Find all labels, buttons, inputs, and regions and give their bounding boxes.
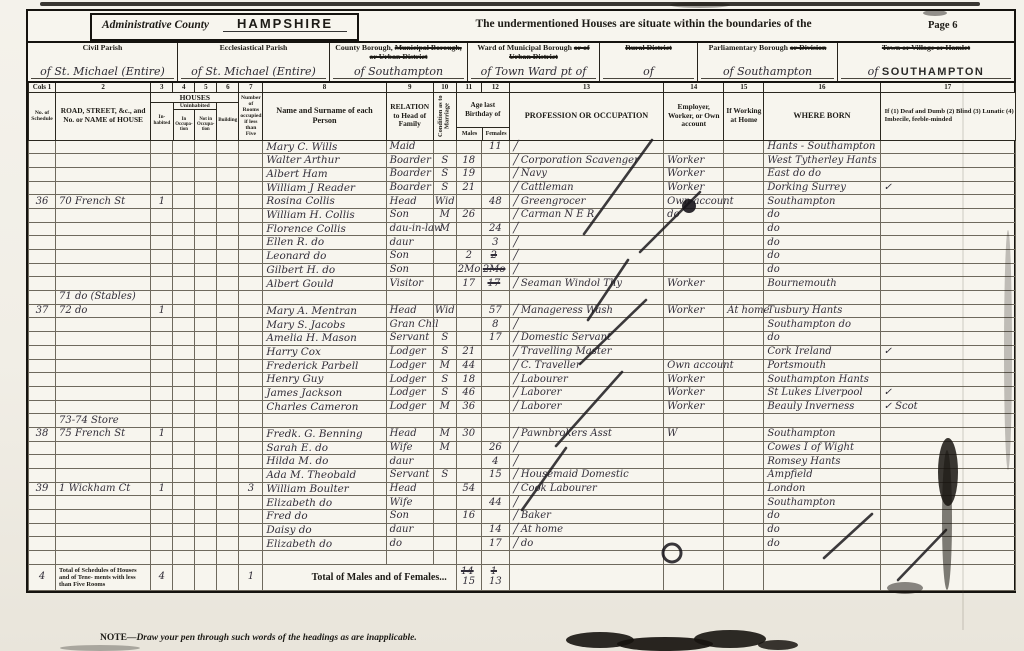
cell-road <box>56 140 151 154</box>
cell-rooms <box>239 414 263 428</box>
cell-emp <box>664 414 724 428</box>
cell-sched <box>29 551 56 565</box>
cell-rooms <box>239 181 263 195</box>
cell-occ: ╱ <box>509 263 663 277</box>
enumerator-tick: ╱ <box>513 264 519 275</box>
cell-home <box>724 250 764 264</box>
table-row: Walter ArthurBoarderS18╱Corporation Scav… <box>29 154 1016 168</box>
cell-home <box>724 236 764 250</box>
cell-rel: Boarder <box>386 167 433 181</box>
cell-uno <box>195 414 217 428</box>
cell-occ <box>509 551 663 565</box>
cell-inf <box>880 318 1015 332</box>
cell-af: 17 <box>481 332 509 346</box>
cell-inf <box>880 537 1015 551</box>
col-header-not-in-occupation: Not in Occupa-tion <box>195 110 216 140</box>
cell-bld <box>217 181 239 195</box>
col-header-at-home: If Working at Home <box>724 92 764 140</box>
cell-road <box>56 345 151 359</box>
cell-bld <box>217 386 239 400</box>
cell-bld <box>217 551 239 565</box>
cell-home <box>724 373 764 387</box>
enumerator-tick: ╱ <box>513 237 519 248</box>
cell-home <box>724 414 764 428</box>
cell-uno <box>195 318 217 332</box>
town-village-cell: Town or Village or Hamlet of SOUTHAMPTON <box>838 43 1014 81</box>
cell-sched <box>29 510 56 524</box>
cell-inf <box>880 263 1015 277</box>
cell-am <box>456 140 481 154</box>
cell-name: Elizabeth do <box>263 537 386 551</box>
cell-home <box>724 277 764 291</box>
cell-name: James Jackson <box>263 386 386 400</box>
cell-emp <box>664 551 724 565</box>
cell-uo <box>173 181 195 195</box>
cell-uo <box>173 154 195 168</box>
cell-born: Bournemouth <box>764 277 880 291</box>
cell-rel <box>386 291 433 305</box>
cell-uo <box>173 510 195 524</box>
cell-af <box>481 482 509 496</box>
cell-name: Hilda M. do <box>263 455 386 469</box>
cell-emp: Own account <box>664 195 724 209</box>
totals-empty <box>664 564 724 590</box>
column-headers-row: No. of Schedule ROAD, STREET, &c., and N… <box>29 92 1016 140</box>
cell-af <box>481 373 509 387</box>
col-header-females: Females <box>483 128 509 140</box>
enumerator-tick: ╱ <box>513 319 519 330</box>
enumerator-tick: ╱ <box>513 168 519 179</box>
cell-uo <box>173 250 195 264</box>
cell-born: Southampton <box>764 195 880 209</box>
cell-rooms <box>239 277 263 291</box>
cell-uno <box>195 523 217 537</box>
cell-uno <box>195 181 217 195</box>
table-row: Sarah E. doWifeM26╱Cowes I of Wight <box>29 441 1016 455</box>
cell-occ: ╱do <box>509 537 663 551</box>
cell-cond: S <box>433 386 456 400</box>
civil-parish-label: Civil Parish <box>31 44 174 53</box>
cell-rooms: 3 <box>239 482 263 496</box>
cell-uo <box>173 359 195 373</box>
administrative-county-label: Administrative County <box>102 19 209 31</box>
cell-rooms <box>239 140 263 154</box>
cell-occ: ╱Laborer <box>509 386 663 400</box>
cell-cond <box>433 496 456 510</box>
cell-sched <box>29 250 56 264</box>
table-row: Leonard doSon22╱do <box>29 250 1016 264</box>
cell-uo <box>173 222 195 236</box>
cell-inf <box>880 304 1015 318</box>
cell-uno <box>195 222 217 236</box>
administrative-county-value: HAMPSHIRE <box>223 16 347 32</box>
enumerator-tick: ╱ <box>513 428 519 439</box>
cell-rel <box>386 414 433 428</box>
district-band: Civil Parish of St. Michael (Entire) Ecc… <box>28 41 1014 81</box>
cell-am <box>456 304 481 318</box>
cell-name: Henry Guy <box>263 373 386 387</box>
cell-road <box>56 167 151 181</box>
cell-uo <box>173 140 195 154</box>
cell-occ: ╱Pawnbrokers Asst <box>509 427 663 441</box>
cell-born: Cowes I of Wight <box>764 441 880 455</box>
enumerator-tick: ╱ <box>513 510 519 521</box>
cell-am <box>456 291 481 305</box>
cell-inf <box>880 427 1015 441</box>
cell-rooms <box>239 441 263 455</box>
totals-label: Total of Schedules of Houses and of Tene… <box>56 564 151 590</box>
cell-road <box>56 250 151 264</box>
cell-uno <box>195 154 217 168</box>
cell-am: 19 <box>456 167 481 181</box>
cell-emp <box>664 318 724 332</box>
table-row: Harry CoxLodgerS21╱Travelling MasterCork… <box>29 345 1016 359</box>
cell-af: 4 <box>481 455 509 469</box>
civil-parish-value: of St. Michael (Entire) <box>31 66 174 79</box>
cell-cond: S <box>433 181 456 195</box>
cell-born: East do do <box>764 167 880 181</box>
cell-inh <box>151 455 173 469</box>
enumerator-tick: ╱ <box>513 401 519 412</box>
enumerator-tick: ╱ <box>513 209 519 220</box>
cell-inf <box>880 140 1015 154</box>
table-row: Ellen R. dodaur3╱do <box>29 236 1016 250</box>
census-form: Administrative County HAMPSHIRE The unde… <box>26 9 1016 593</box>
cell-sched <box>29 181 56 195</box>
cell-born: do <box>764 537 880 551</box>
cell-name: Mary C. Wills <box>263 140 386 154</box>
cell-born: Dorking Surrey <box>764 181 880 195</box>
cell-road: 71 do (Stables) <box>56 291 151 305</box>
cell-occ: ╱Manageress Wash <box>509 304 663 318</box>
cell-born <box>764 291 880 305</box>
cell-am <box>456 455 481 469</box>
cell-born: do <box>764 208 880 222</box>
cell-born: do <box>764 263 880 277</box>
cell-inh: 1 <box>151 482 173 496</box>
cell-name: Ellen R. do <box>263 236 386 250</box>
cell-sched <box>29 154 56 168</box>
cell-af <box>481 291 509 305</box>
cell-uo <box>173 551 195 565</box>
cell-am: 17 <box>456 277 481 291</box>
cell-home <box>724 181 764 195</box>
cell-cond <box>433 537 456 551</box>
cell-bld <box>217 496 239 510</box>
cell-af <box>481 154 509 168</box>
cell-home <box>724 318 764 332</box>
cell-name: Elizabeth do <box>263 496 386 510</box>
cell-uno <box>195 332 217 346</box>
cell-af <box>481 208 509 222</box>
cell-emp <box>664 496 724 510</box>
cell-rel: Head <box>386 195 433 209</box>
column-number: 8 <box>263 82 386 92</box>
table-row: 71 do (Stables) <box>29 291 1016 305</box>
county-borough-value: of Southampton <box>333 66 464 79</box>
cell-am <box>456 318 481 332</box>
cell-home <box>724 400 764 414</box>
cell-uo <box>173 263 195 277</box>
cell-road <box>56 373 151 387</box>
cell-inf <box>880 455 1015 469</box>
cell-af <box>481 386 509 400</box>
column-number: 4 <box>173 82 195 92</box>
cell-bld <box>217 482 239 496</box>
cell-born: Romsey Hants <box>764 455 880 469</box>
cell-inh <box>151 277 173 291</box>
cell-uno <box>195 345 217 359</box>
cell-inf <box>880 359 1015 373</box>
cell-sched: 38 <box>29 427 56 441</box>
cell-uo <box>173 400 195 414</box>
cell-emp <box>664 140 724 154</box>
cell-uno <box>195 291 217 305</box>
cell-home <box>724 140 764 154</box>
cell-rooms <box>239 250 263 264</box>
column-number: 3 <box>151 82 173 92</box>
town-village-value: of SOUTHAMPTON <box>841 66 1011 79</box>
struck-value: 17 <box>487 278 500 289</box>
cell-rooms <box>239 318 263 332</box>
cell-name <box>263 551 386 565</box>
enumerator-tick: ╱ <box>513 278 519 289</box>
cell-home: At home <box>724 304 764 318</box>
cell-rooms <box>239 263 263 277</box>
cell-emp <box>664 441 724 455</box>
cell-name: Florence Collis <box>263 222 386 236</box>
cell-road: 73-74 Store <box>56 414 151 428</box>
cell-cond: M <box>433 427 456 441</box>
cell-am: 46 <box>456 386 481 400</box>
rural-district-cell: Rural District of <box>600 43 698 81</box>
cell-am: 44 <box>456 359 481 373</box>
cell-rel: Visitor <box>386 277 433 291</box>
cell-af <box>481 414 509 428</box>
cell-name: Fredk. G. Benning <box>263 427 386 441</box>
cell-road <box>56 523 151 537</box>
cell-rooms <box>239 400 263 414</box>
cell-uo <box>173 482 195 496</box>
cell-uno <box>195 304 217 318</box>
cell-bld <box>217 167 239 181</box>
cell-born <box>764 414 880 428</box>
census-table: Cols 1234567891011121314151617 No. of Sc… <box>28 81 1016 591</box>
table-row: William J ReaderBoarderS21╱CattlemanWork… <box>29 181 1016 195</box>
cell-uo <box>173 195 195 209</box>
cell-road: 72 do <box>56 304 151 318</box>
table-row: 73-74 Store <box>29 414 1016 428</box>
cell-emp <box>664 510 724 524</box>
cell-name: Amelia H. Mason <box>263 332 386 346</box>
cell-cond <box>433 277 456 291</box>
parliamentary-borough-value: of Southampton <box>701 66 834 79</box>
cell-road <box>56 208 151 222</box>
cell-rooms <box>239 496 263 510</box>
cell-inh <box>151 400 173 414</box>
cell-inh: 1 <box>151 304 173 318</box>
cell-road <box>56 441 151 455</box>
town-village-label: Town or Village or Hamlet <box>841 44 1011 53</box>
totals-inhabited: 4 <box>151 564 173 590</box>
cell-rooms <box>239 510 263 524</box>
enumerator-tick: ╱ <box>513 538 519 549</box>
enumerator-tick: ╱ <box>513 223 519 234</box>
cell-af: 3 <box>481 236 509 250</box>
cell-road <box>56 400 151 414</box>
enumerator-tick: ╱ <box>513 360 519 371</box>
cell-af <box>481 551 509 565</box>
cell-occ <box>509 414 663 428</box>
cell-home <box>724 482 764 496</box>
cell-inh <box>151 181 173 195</box>
cell-inf <box>880 291 1015 305</box>
cell-sched <box>29 414 56 428</box>
cell-rooms <box>239 332 263 346</box>
cell-cond: M <box>433 400 456 414</box>
cell-af: 14 <box>481 523 509 537</box>
cell-inf <box>880 373 1015 387</box>
cell-home <box>724 551 764 565</box>
cell-bld <box>217 154 239 168</box>
cell-cond <box>433 455 456 469</box>
cell-am: 30 <box>456 427 481 441</box>
rural-district-value: of <box>603 66 694 79</box>
cell-bld <box>217 537 239 551</box>
cell-rel: daur <box>386 455 433 469</box>
cell-occ: ╱Carman N E R <box>509 208 663 222</box>
cell-af: 24 <box>481 222 509 236</box>
cell-occ: ╱ <box>509 455 663 469</box>
parliamentary-borough-label: Parliamentary Borough or Division <box>701 44 834 53</box>
cell-rooms <box>239 537 263 551</box>
cell-emp: Own account <box>664 359 724 373</box>
cell-emp: Worker <box>664 277 724 291</box>
cell-uo <box>173 386 195 400</box>
cell-inf <box>880 496 1015 510</box>
cell-rel: Boarder <box>386 154 433 168</box>
cell-name <box>263 414 386 428</box>
cell-uno <box>195 277 217 291</box>
table-row: Charles CameronLodgerM36╱LaborerWorkerBe… <box>29 400 1016 414</box>
cell-emp: Worker <box>664 373 724 387</box>
totals-females: 1 13 <box>481 564 509 590</box>
cell-sched <box>29 167 56 181</box>
cell-af: 48 <box>481 195 509 209</box>
cell-rel: Boarder <box>386 181 433 195</box>
cell-am <box>456 537 481 551</box>
cell-inh: 1 <box>151 195 173 209</box>
cell-rel: Head <box>386 427 433 441</box>
cell-home <box>724 427 764 441</box>
column-number: 12 <box>481 82 509 92</box>
cell-af: 17 <box>481 277 509 291</box>
cell-bld <box>217 510 239 524</box>
cell-name: Harry Cox <box>263 345 386 359</box>
cell-rel: Son <box>386 263 433 277</box>
totals-empty <box>195 564 217 590</box>
cell-home <box>724 208 764 222</box>
column-number: 16 <box>764 82 880 92</box>
cell-uno <box>195 496 217 510</box>
cell-inh <box>151 167 173 181</box>
cell-rooms <box>239 386 263 400</box>
cell-road <box>56 263 151 277</box>
cell-bld <box>217 208 239 222</box>
cell-name <box>263 291 386 305</box>
cell-inh <box>151 208 173 222</box>
cell-cond: S <box>433 345 456 359</box>
column-number: 5 <box>195 82 217 92</box>
cell-emp <box>664 455 724 469</box>
cell-inf <box>880 469 1015 483</box>
cell-born: London <box>764 482 880 496</box>
cell-rooms <box>239 167 263 181</box>
cell-am: 18 <box>456 154 481 168</box>
cell-sched <box>29 359 56 373</box>
cell-af: 2Mo <box>481 263 509 277</box>
cell-bld <box>217 304 239 318</box>
cell-sched <box>29 441 56 455</box>
cell-home <box>724 154 764 168</box>
cell-born: do <box>764 236 880 250</box>
cell-inf: ✓ <box>880 386 1015 400</box>
cell-uno <box>195 263 217 277</box>
cell-name: Gilbert H. do <box>263 263 386 277</box>
col-header-condition: Condition as to Marriage <box>433 92 456 140</box>
cell-occ: ╱C. Traveller <box>509 359 663 373</box>
cell-name: Walter Arthur <box>263 154 386 168</box>
cell-rooms <box>239 154 263 168</box>
cell-rel: Gran Chil <box>386 318 433 332</box>
cell-uo <box>173 496 195 510</box>
cell-af <box>481 510 509 524</box>
undermentioned-statement: The undermentioned Houses are situate wi… <box>359 11 928 41</box>
cell-rooms <box>239 208 263 222</box>
cell-am <box>456 496 481 510</box>
rural-district-label: Rural District <box>603 44 694 53</box>
cell-road <box>56 359 151 373</box>
cell-cond: Wid <box>433 304 456 318</box>
administrative-county-box: Administrative County HAMPSHIRE <box>90 13 359 41</box>
cell-inf <box>880 523 1015 537</box>
enumerator-tick: ╱ <box>513 469 519 480</box>
enumerator-tick: ╱ <box>513 374 519 385</box>
cell-inf <box>880 551 1015 565</box>
cell-name: Sarah E. do <box>263 441 386 455</box>
cell-cond: S <box>433 332 456 346</box>
cell-rooms <box>239 427 263 441</box>
cell-sched: 36 <box>29 195 56 209</box>
cell-am <box>456 441 481 455</box>
cell-bld <box>217 222 239 236</box>
cell-bld <box>217 345 239 359</box>
cell-uno <box>195 551 217 565</box>
cell-emp: Worker <box>664 154 724 168</box>
cell-sched <box>29 537 56 551</box>
cell-uno <box>195 250 217 264</box>
cell-emp <box>664 345 724 359</box>
cell-occ: ╱Corporation Scavenger <box>509 154 663 168</box>
cell-am: 26 <box>456 208 481 222</box>
cell-af <box>481 345 509 359</box>
cell-emp <box>664 469 724 483</box>
cell-rel: daur <box>386 523 433 537</box>
cell-inh <box>151 154 173 168</box>
cell-rel: Son <box>386 208 433 222</box>
cell-bld <box>217 400 239 414</box>
cell-name: William J Reader <box>263 181 386 195</box>
